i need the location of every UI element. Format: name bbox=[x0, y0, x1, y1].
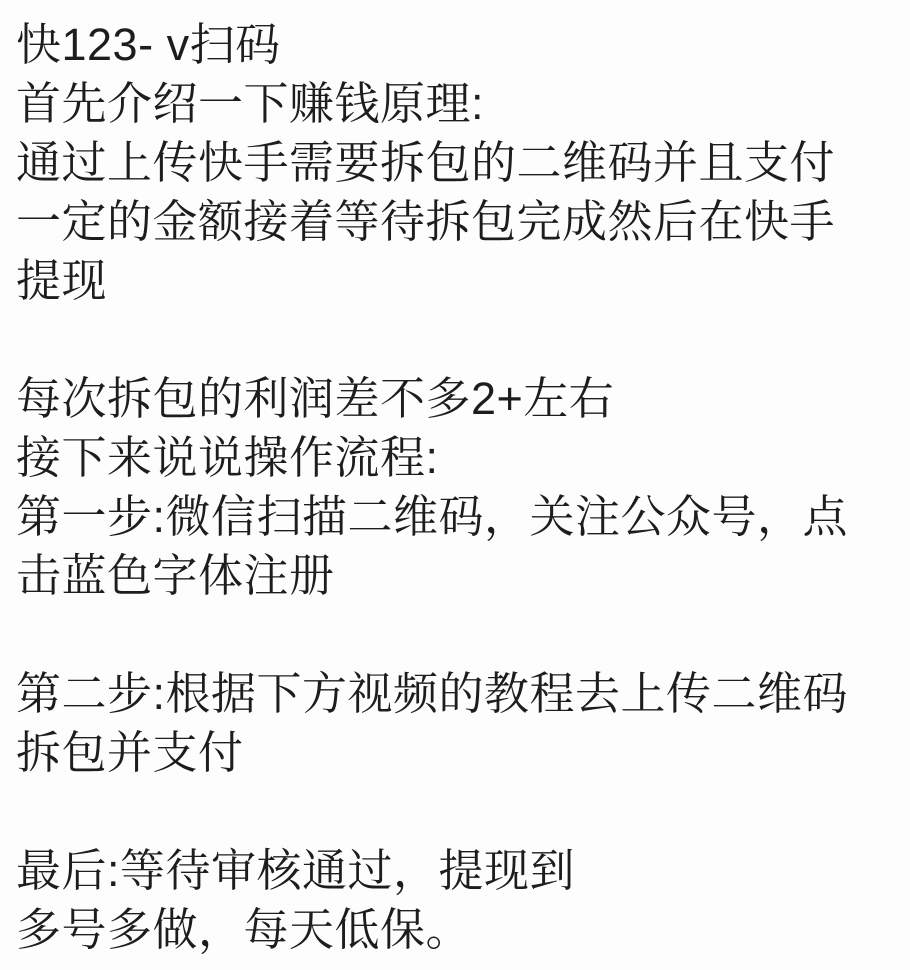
text-line: 快123- v扫码 bbox=[16, 15, 896, 74]
blank-line bbox=[16, 310, 896, 369]
text-line: 多号多做，每天低保。 bbox=[16, 900, 896, 959]
text-line: 第二步:根据下方视频的教程去上传二维码 bbox=[16, 664, 896, 723]
text-line: 每次拆包的利润差不多2+左右 bbox=[16, 369, 896, 428]
text-line: 首先介绍一下赚钱原理: bbox=[16, 74, 896, 133]
blank-line bbox=[16, 782, 896, 841]
text-document: 快123- v扫码首先介绍一下赚钱原理:通过上传快手需要拆包的二维码并且支付一定… bbox=[0, 0, 910, 959]
text-line: 一定的金额接着等待拆包完成然后在快手 bbox=[16, 192, 896, 251]
text-line: 接下来说说操作流程: bbox=[16, 428, 896, 487]
text-line: 第一步:微信扫描二维码，关注公众号，点 bbox=[16, 487, 896, 546]
text-line: 通过上传快手需要拆包的二维码并且支付 bbox=[16, 133, 896, 192]
text-line: 击蓝色字体注册 bbox=[16, 546, 896, 605]
text-line: 最后:等待审核通过，提现到 bbox=[16, 841, 896, 900]
text-line: 拆包并支付 bbox=[16, 723, 896, 782]
text-line: 提现 bbox=[16, 251, 896, 310]
blank-line bbox=[16, 605, 896, 664]
